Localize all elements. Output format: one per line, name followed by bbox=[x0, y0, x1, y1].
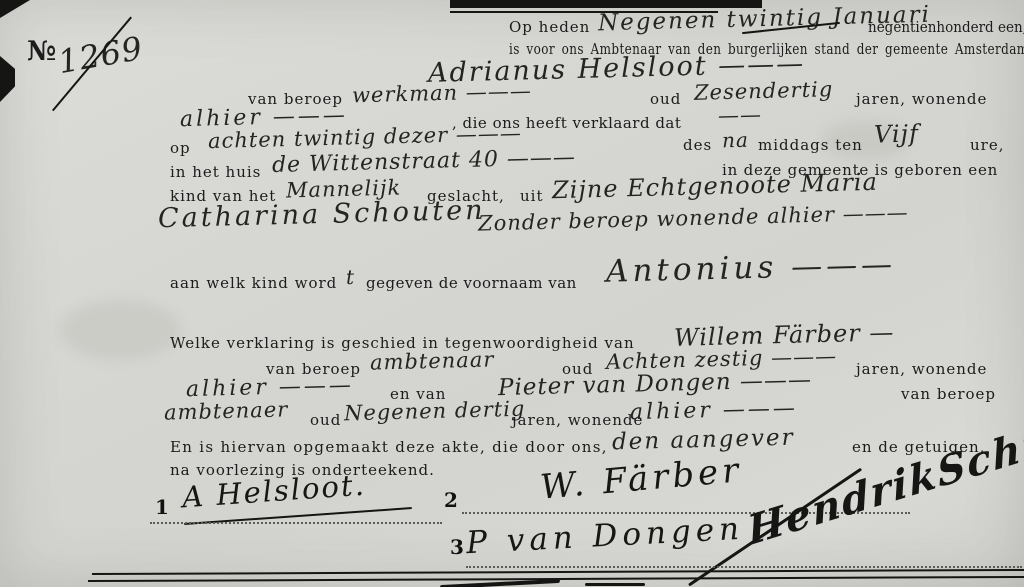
witness1-beroep: ambtenaar bbox=[370, 348, 495, 374]
declarant-age: Zesendertig bbox=[694, 78, 834, 105]
birth-address: de Wittenstraat 40 ——— bbox=[272, 146, 576, 178]
daypart: na bbox=[722, 129, 749, 152]
witness2-age: Negenen dertig bbox=[344, 398, 526, 426]
declarant-beroep: werkman ——— bbox=[352, 80, 532, 108]
middags-label: middags ten bbox=[758, 136, 863, 154]
partial-handwriting bbox=[585, 583, 645, 586]
mother-beroep: Zonder beroep wonende alhier ——— bbox=[478, 201, 909, 235]
akte-label: En is hiervan opgemaakt deze akte, die d… bbox=[170, 438, 608, 456]
signature-number-1: 1 bbox=[155, 497, 169, 517]
scanned-birth-record: № 1269 Op heden Negenen twintig Januari … bbox=[0, 0, 1024, 587]
aangever-handwritten: den aangever bbox=[612, 426, 795, 456]
year-printed: negentienhonderd een, bbox=[868, 18, 1024, 36]
huis-label: in het huis bbox=[170, 163, 261, 181]
uit-label: uit bbox=[520, 187, 544, 205]
witness2-jaren-label: jaren, wonende bbox=[512, 411, 643, 429]
witness2-beroep: ambtenaer bbox=[164, 398, 289, 424]
witness2-residence: alhier ——— bbox=[630, 397, 798, 426]
word-t-inserted: t bbox=[346, 266, 356, 288]
act-number-label: № bbox=[27, 36, 57, 68]
op-label: op bbox=[170, 139, 191, 157]
signature-number-2: 2 bbox=[444, 490, 458, 510]
signature-line-1 bbox=[150, 522, 442, 524]
scan-artifact bbox=[60, 300, 180, 360]
signature-number-3: 3 bbox=[450, 537, 464, 557]
naming-label-2: gegeven de voornaam van bbox=[366, 274, 577, 292]
act-number: 1269 bbox=[56, 31, 146, 80]
signature-witness2: P van Dongen bbox=[465, 514, 744, 560]
witness1-jaren-label: jaren, wonende bbox=[856, 360, 987, 378]
ink-dash: —— bbox=[718, 103, 763, 127]
birth-hour: Vijf bbox=[874, 120, 920, 148]
oud-label: oud bbox=[650, 90, 681, 108]
ure-label: ure, bbox=[970, 136, 1004, 154]
signature-line-3 bbox=[466, 566, 1022, 568]
naming-label-1: aan welk kind word bbox=[170, 274, 337, 292]
des-label: des bbox=[683, 136, 712, 154]
mother-name-1: Zijne Echtgenoote Maria bbox=[552, 169, 878, 204]
op-heden-label: Op heden bbox=[509, 18, 590, 36]
mother-name-2: Catharina Schouten bbox=[158, 196, 486, 234]
signature-witness1: W. Färber bbox=[539, 453, 744, 505]
child-name: Antonius ——— bbox=[606, 247, 897, 289]
scan-corner-mark bbox=[0, 0, 30, 18]
bottom-rule-1 bbox=[92, 569, 1024, 575]
jaren-wonende-label: jaren, wonende bbox=[856, 90, 987, 108]
witness2-oud-label: oud bbox=[310, 411, 341, 429]
scan-edge-mark bbox=[0, 56, 15, 102]
witness2-beroep-label: van beroep bbox=[901, 385, 996, 403]
